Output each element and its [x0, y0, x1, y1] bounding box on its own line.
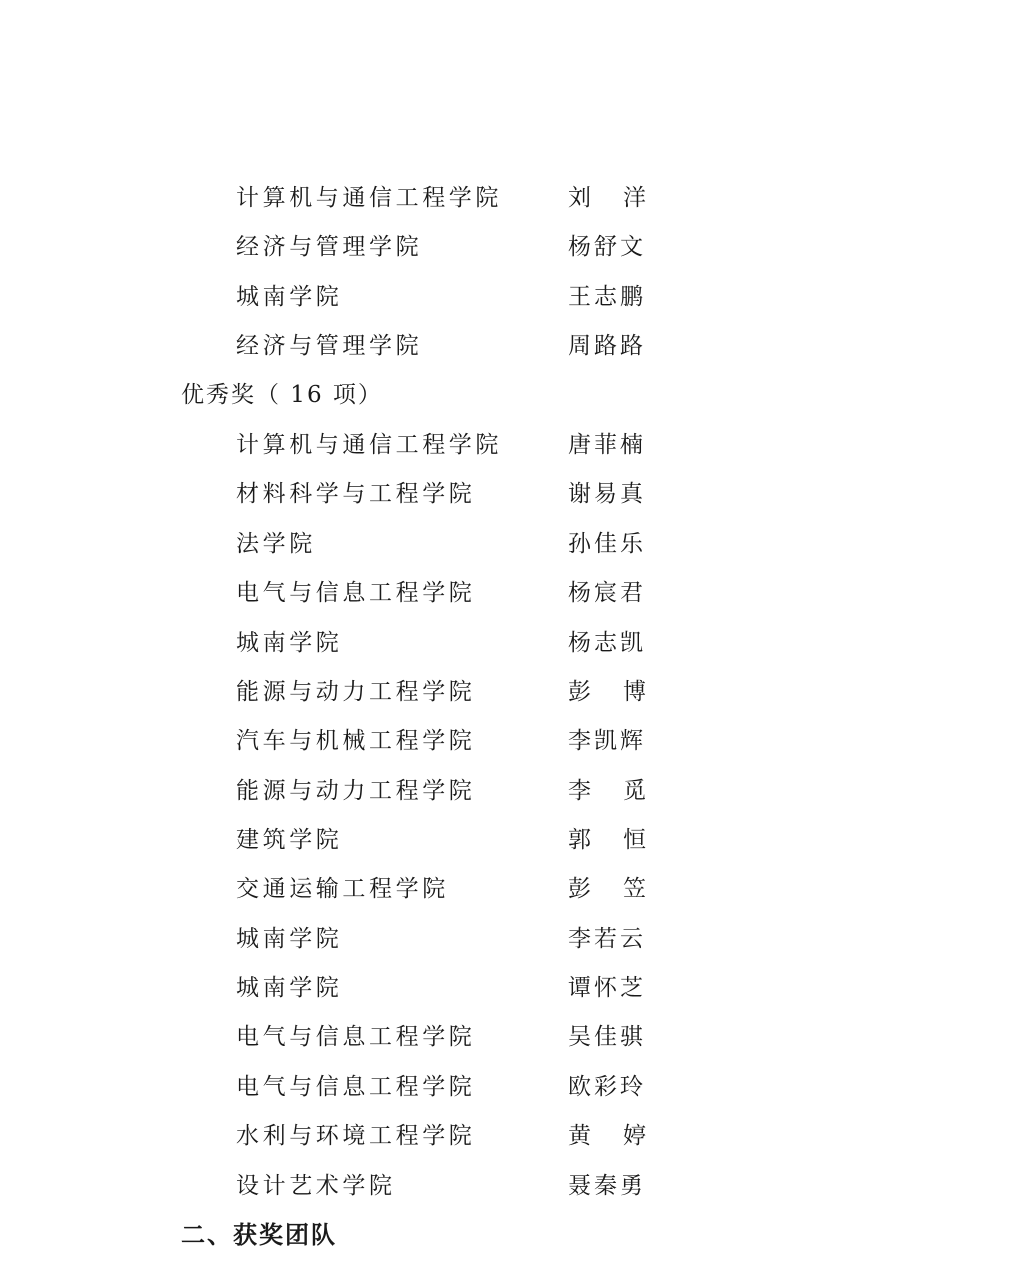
list-item: 电气与信息工程学院 杨宸君 [0, 573, 1024, 613]
list-item: 材料科学与工程学院 谢易真 [0, 474, 1024, 514]
list-item: 交通运输工程学院 彭 笠 [0, 869, 1024, 909]
unit-name: 计算机与通信工程学院 [236, 425, 502, 465]
person-name: 李凯辉 [568, 721, 646, 761]
unit-name: 汽车与机械工程学院 [236, 721, 475, 761]
person-name: 彭 笠 [568, 869, 646, 909]
award-category-heading: 优秀奖（ 16 项） [0, 375, 1024, 415]
list-item: 计算机与通信工程学院 唐菲楠 [0, 425, 1024, 465]
person-name: 杨志凯 [568, 623, 646, 663]
list-item: 城南学院 杨志凯 [0, 623, 1024, 663]
list-item: 经济与管理学院 周路路 [0, 326, 1024, 366]
list-item: 汽车与机械工程学院 李凯辉 [0, 721, 1024, 761]
person-name: 杨舒文 [568, 227, 646, 267]
person-name: 周路路 [568, 326, 646, 366]
list-item: 水利与环境工程学院 黄 婷 [0, 1116, 1024, 1156]
unit-name: 交通运输工程学院 [236, 869, 449, 909]
unit-name: 城南学院 [236, 277, 342, 317]
person-name: 王志鹏 [568, 277, 646, 317]
list-item: 经济与管理学院 杨舒文 [0, 227, 1024, 267]
list-item: 能源与动力工程学院 李 觅 [0, 771, 1024, 811]
person-name: 谭怀芝 [568, 968, 646, 1008]
list-item: 电气与信息工程学院 吴佳骐 [0, 1017, 1024, 1057]
person-name: 刘 洋 [568, 178, 646, 218]
unit-name: 经济与管理学院 [236, 326, 422, 366]
person-name: 郭 恒 [568, 820, 646, 860]
person-name: 欧彩玲 [568, 1067, 646, 1107]
unit-name: 材料科学与工程学院 [236, 474, 475, 514]
unit-name: 法学院 [236, 524, 316, 564]
unit-name: 能源与动力工程学院 [236, 771, 475, 811]
unit-name: 电气与信息工程学院 [236, 573, 475, 613]
person-name: 聂秦勇 [568, 1166, 646, 1206]
unit-name: 电气与信息工程学院 [236, 1067, 475, 1107]
person-name: 唐菲楠 [568, 425, 646, 465]
list-item: 能源与动力工程学院 彭 博 [0, 672, 1024, 712]
unit-name: 水利与环境工程学院 [236, 1116, 475, 1156]
list-item: 电气与信息工程学院 欧彩玲 [0, 1067, 1024, 1107]
list-item: 建筑学院 郭 恒 [0, 820, 1024, 860]
list-item: 设计艺术学院 聂秦勇 [0, 1166, 1024, 1206]
section-title: 二、获奖团队 [181, 1215, 337, 1255]
unit-name: 能源与动力工程学院 [236, 672, 475, 712]
unit-name: 城南学院 [236, 919, 342, 959]
unit-name: 设计艺术学院 [236, 1166, 396, 1206]
person-name: 杨宸君 [568, 573, 646, 613]
list-item: 城南学院 李若云 [0, 919, 1024, 959]
unit-name: 建筑学院 [236, 820, 342, 860]
list-item: 法学院 孙佳乐 [0, 524, 1024, 564]
unit-name: 计算机与通信工程学院 [236, 178, 502, 218]
person-name: 彭 博 [568, 672, 646, 712]
category-title: 优秀奖（ 16 项） [181, 375, 383, 415]
unit-name: 电气与信息工程学院 [236, 1017, 475, 1057]
list-item: 城南学院 王志鹏 [0, 277, 1024, 317]
person-name: 孙佳乐 [568, 524, 646, 564]
unit-name: 城南学院 [236, 968, 342, 1008]
document-page: 计算机与通信工程学院 刘 洋 经济与管理学院 杨舒文 城南学院 王志鹏 经济与管… [0, 0, 1024, 1285]
unit-name: 经济与管理学院 [236, 227, 422, 267]
list-item: 计算机与通信工程学院 刘 洋 [0, 178, 1024, 218]
unit-name: 城南学院 [236, 623, 342, 663]
person-name: 李若云 [568, 919, 646, 959]
person-name: 吴佳骐 [568, 1017, 646, 1057]
person-name: 李 觅 [568, 771, 646, 811]
person-name: 谢易真 [568, 474, 646, 514]
list-item: 城南学院 谭怀芝 [0, 968, 1024, 1008]
person-name: 黄 婷 [568, 1116, 646, 1156]
section-heading: 二、获奖团队 [0, 1215, 1024, 1255]
